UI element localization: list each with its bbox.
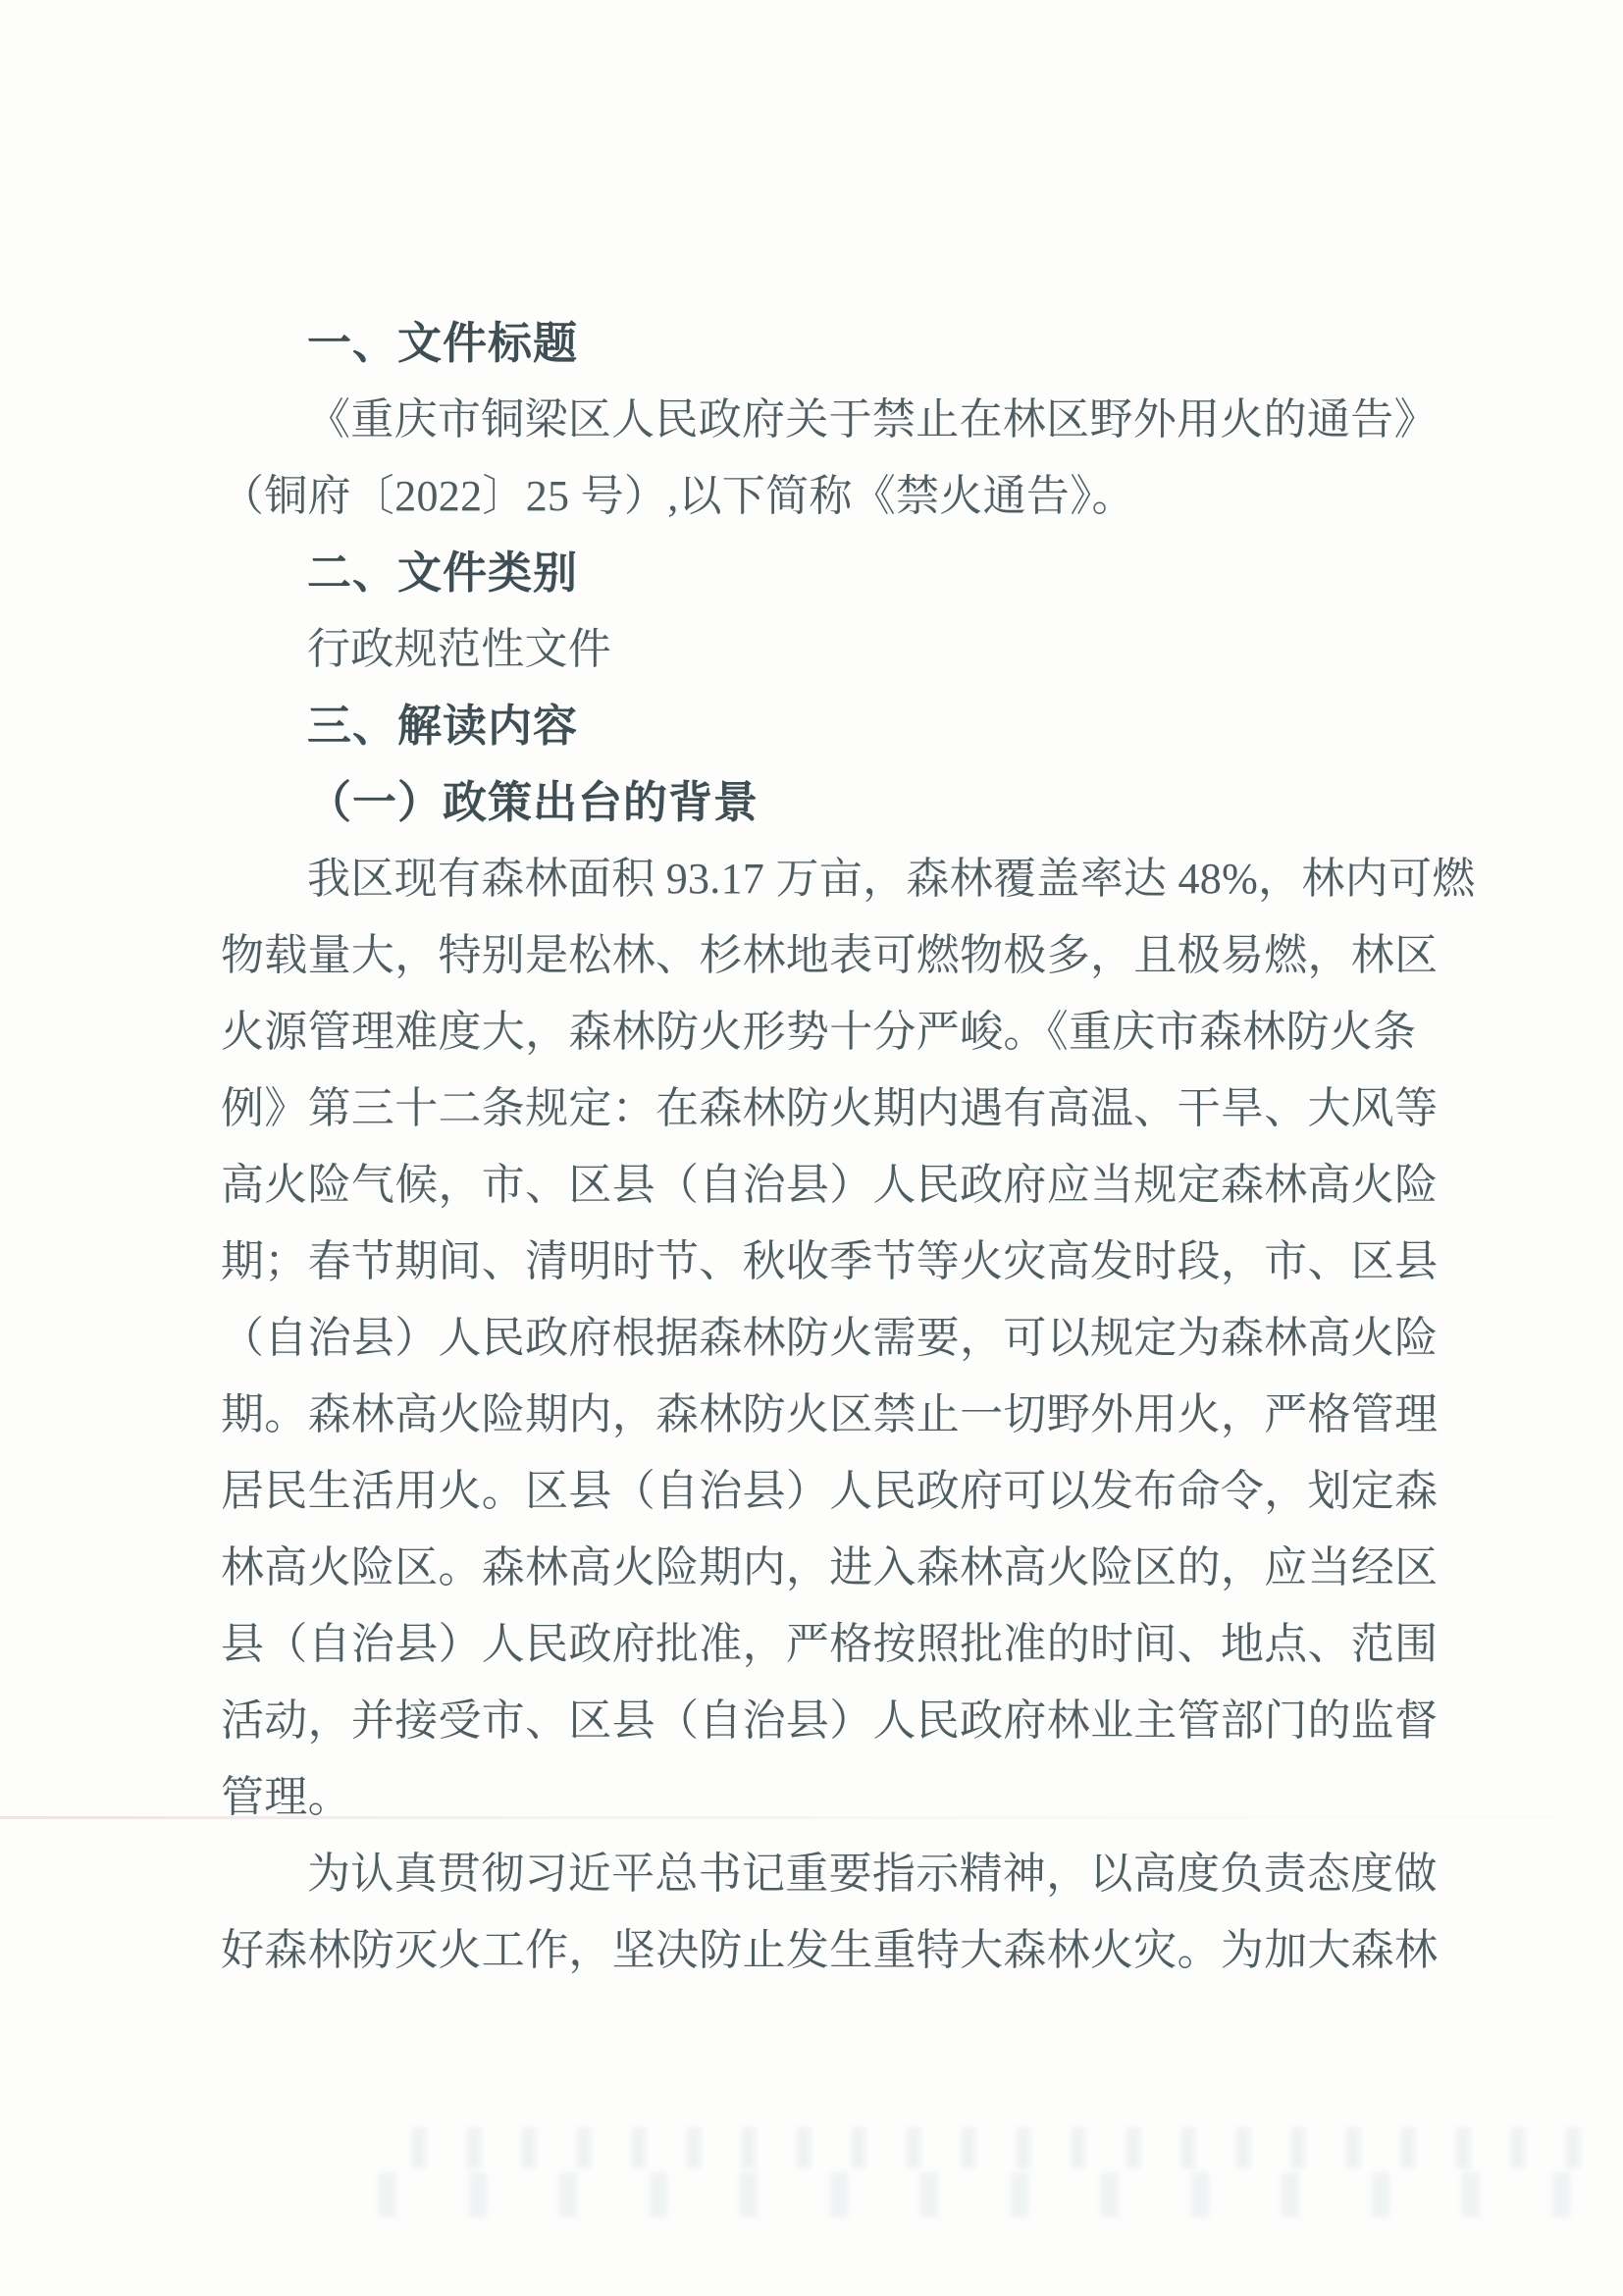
body-line: 县（自治县）人民政府批准，严格按照批准的时间、地点、范围 — [221, 1606, 1445, 1683]
section-3-heading: 三、解读内容 — [221, 688, 1445, 764]
body-line: 我区现有森林面积 93.17 万亩，森林覆盖率达 48%，林内可燃 — [221, 841, 1445, 917]
section-2-heading: 二、文件类别 — [221, 535, 1445, 611]
document-category: 行政规范性文件 — [221, 611, 1445, 688]
subsection-1-heading: （一）政策出台的背景 — [221, 764, 1445, 841]
body-line: 好森林防灭火工作，坚决防止发生重特大森林火灾。为加大森林 — [221, 1912, 1445, 1989]
body-line: （自治县）人民政府根据森林防火需要，可以规定为森林高火险 — [221, 1300, 1445, 1377]
body-line: 林高火险区。森林高火险期内，进入森林高火险区的，应当经区 — [221, 1530, 1445, 1606]
scan-artifact-line — [0, 1816, 1623, 1819]
body-line: 例》第三十二条规定：在森林防火期内遇有高温、干旱、大风等 — [221, 1070, 1445, 1147]
document-number: （铜府〔2022〕25 号）,以下简称《禁火通告》。 — [221, 458, 1445, 535]
document-body: 一、文件标题 《重庆市铜梁区人民政府关于禁止在林区野外用火的通告》 （铜府〔20… — [221, 305, 1445, 1989]
document-page: { "page": { "background": "#fdfdfc", "te… — [0, 0, 1623, 2296]
bleed-through-artifact — [412, 2127, 1619, 2168]
section-1-heading: 一、文件标题 — [221, 305, 1445, 382]
bleed-through-artifact — [353, 2172, 1619, 2218]
body-line: 期。森林高火险期内，森林防火区禁止一切野外用火，严格管理 — [221, 1377, 1445, 1453]
body-line: 管理。 — [221, 1759, 1445, 1836]
body-line: 活动，并接受市、区县（自治县）人民政府林业主管部门的监督 — [221, 1683, 1445, 1759]
scanned-page-background: 一、文件标题 《重庆市铜梁区人民政府关于禁止在林区野外用火的通告》 （铜府〔20… — [0, 0, 1623, 2296]
body-line: 期；春节期间、清明时节、秋收季节等火灾高发时段，市、区县 — [221, 1224, 1445, 1300]
body-line: 物载量大，特别是松林、杉林地表可燃物极多，且极易燃，林区 — [221, 917, 1445, 994]
body-line: 居民生活用火。区县（自治县）人民政府可以发布命令，划定森 — [221, 1453, 1445, 1530]
body-line: 火源管理难度大，森林防火形势十分严峻。《重庆市森林防火条 — [221, 994, 1445, 1070]
body-line: 高火险气候，市、区县（自治县）人民政府应当规定森林高火险 — [221, 1147, 1445, 1224]
body-line: 为认真贯彻习近平总书记重要指示精神，以高度负责态度做 — [221, 1836, 1445, 1912]
document-title: 《重庆市铜梁区人民政府关于禁止在林区野外用火的通告》 — [221, 382, 1445, 458]
